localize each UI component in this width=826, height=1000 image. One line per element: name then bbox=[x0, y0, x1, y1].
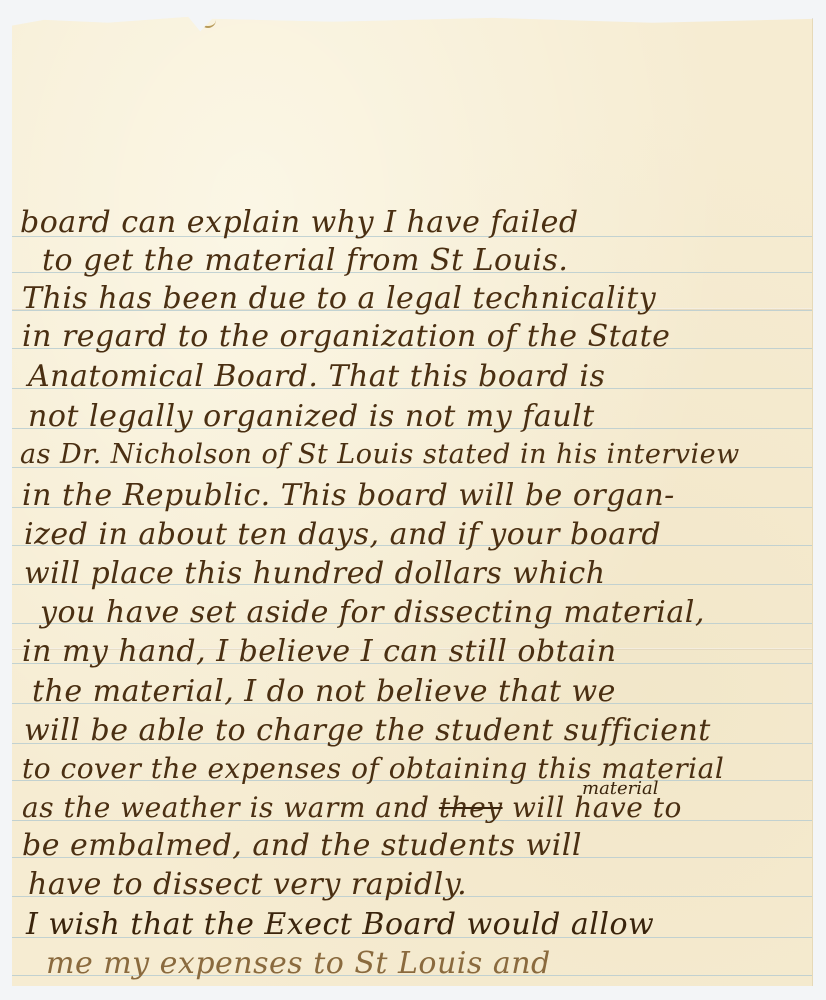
letter-line-20: me my expenses to St Louis and bbox=[46, 949, 551, 979]
letter-line-3: This has been due to a legal technicalit… bbox=[22, 284, 656, 314]
letter-line-18: have to dissect very rapidly. bbox=[28, 870, 467, 900]
paper-tear bbox=[200, 14, 216, 28]
line-16-before: as the weather is warm and bbox=[22, 791, 439, 824]
letter-line-7: as Dr. Nicholson of St Louis stated in h… bbox=[20, 441, 740, 468]
letter-line-4: in regard to the organization of the Sta… bbox=[22, 322, 670, 352]
letter-line-8: in the Republic. This board will be orga… bbox=[22, 481, 675, 511]
letter-line-6: not legally organized is not my fault bbox=[28, 402, 595, 432]
letter-line-12: in my hand, I believe I can still obtain bbox=[22, 637, 617, 667]
letter-line-19: I wish that the Exect Board would allow bbox=[26, 910, 654, 940]
letter-line-17: be embalmed, and the students will bbox=[22, 831, 582, 861]
letter-line-10: will place this hundred dollars which bbox=[24, 559, 606, 589]
letter-page: board can explain why I have failed to g… bbox=[12, 14, 813, 986]
letter-line-2: to get the material from St Louis. bbox=[42, 246, 568, 276]
inserted-word: material bbox=[582, 778, 659, 799]
letter-line-5: Anatomical Board. That this board is bbox=[28, 362, 605, 392]
letter-line-9: ized in about ten days, and if your boar… bbox=[24, 520, 661, 550]
document-viewer: board can explain why I have failed to g… bbox=[0, 0, 826, 1000]
letter-line-1: board can explain why I have failed bbox=[20, 208, 579, 238]
letter-line-14: will be able to charge the student suffi… bbox=[24, 716, 711, 746]
letter-line-13: the material, I do not believe that we bbox=[32, 677, 616, 707]
struck-word: they bbox=[439, 791, 503, 824]
letter-line-11: you have set aside for dissecting materi… bbox=[40, 598, 705, 628]
